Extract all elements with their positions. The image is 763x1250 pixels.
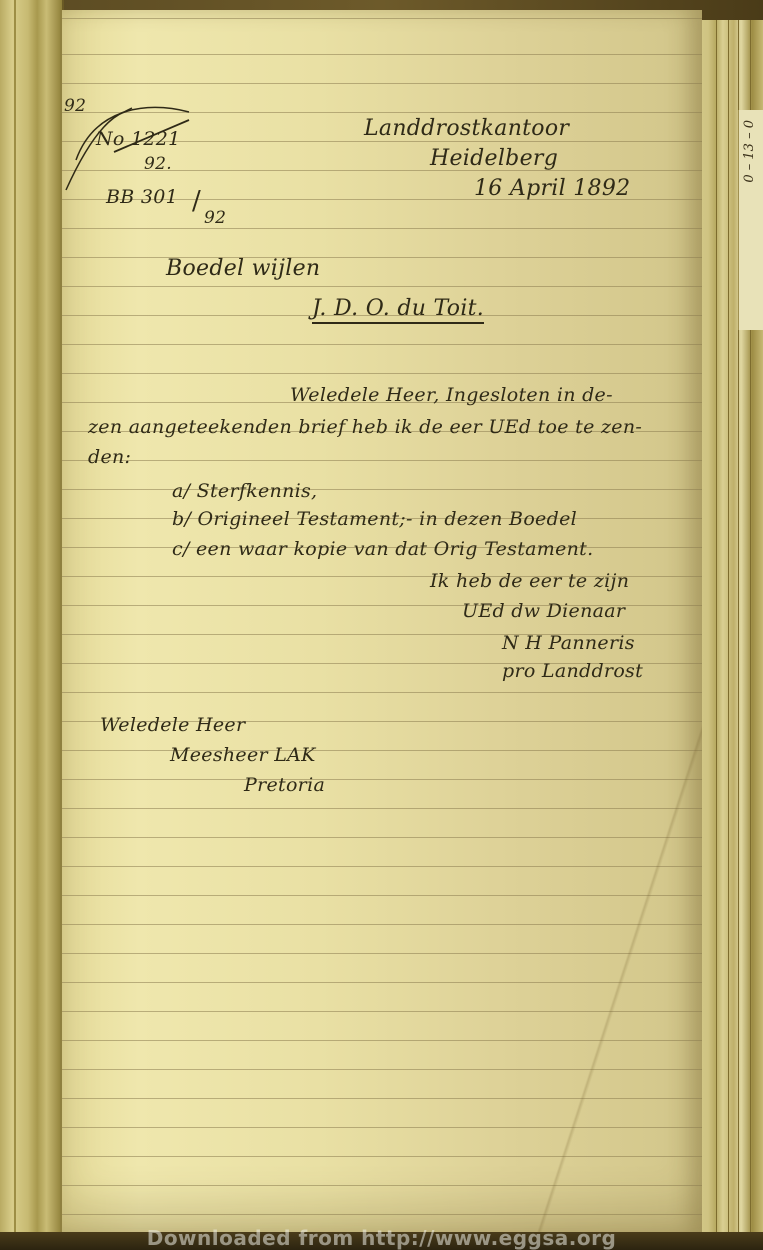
signature: N H Panneris [502, 632, 635, 654]
cover-edge [14, 0, 16, 1250]
enclosure-item: c/ een waar kopie van dat Orig Testament… [172, 538, 593, 560]
page-edge [728, 20, 729, 1250]
office-name: Landdrostkantoor [364, 116, 569, 141]
side-slip-text: 0 – 13 – 0 [742, 120, 757, 183]
addressee-line: Weledele Heer [100, 714, 245, 736]
watermark: Downloaded from http://www.eggsa.org [0, 1226, 763, 1250]
enclosure-item: a/ Sterfkennis, [172, 480, 317, 502]
addressee-place: Pretoria [244, 774, 325, 796]
reference-year: 92. [144, 154, 172, 174]
subject-estate: Boedel wijlen [166, 256, 320, 281]
place-name: Heidelberg [430, 146, 558, 171]
reference-number: No 1221 [96, 128, 181, 150]
fraction-slash: / [192, 186, 201, 216]
file-reference: BB 301 [106, 186, 178, 208]
letter-page: 92 No 1221 92. BB 301 / 92 Landdrostkant… [60, 10, 702, 1235]
body-salutation: Weledele Heer, Ingesloten in de- [290, 384, 613, 406]
enclosure-item: b/ Origineel Testament;- in dezen Boedel [172, 508, 577, 530]
book-cover-left [0, 0, 64, 1250]
closing-line: UEd dw Dienaar [462, 600, 625, 622]
body-line: den: [88, 446, 131, 468]
body-line: zen aangeteekenden brief heb ik de eer U… [88, 416, 642, 438]
closing-line: Ik heb de eer te zijn [430, 570, 629, 592]
letter-date: 16 April 1892 [474, 176, 630, 201]
side-slip-note: 0 – 13 – 0 [738, 110, 763, 330]
addressee-name: Meesheer LAK [170, 744, 316, 766]
page-edge [716, 20, 717, 1250]
subject-deceased-name: J. D. O. du Toit. [312, 296, 484, 324]
margin-year: 92 [64, 96, 86, 116]
signatory-title: pro Landdrost [502, 660, 643, 682]
file-reference-year: 92 [204, 208, 226, 228]
